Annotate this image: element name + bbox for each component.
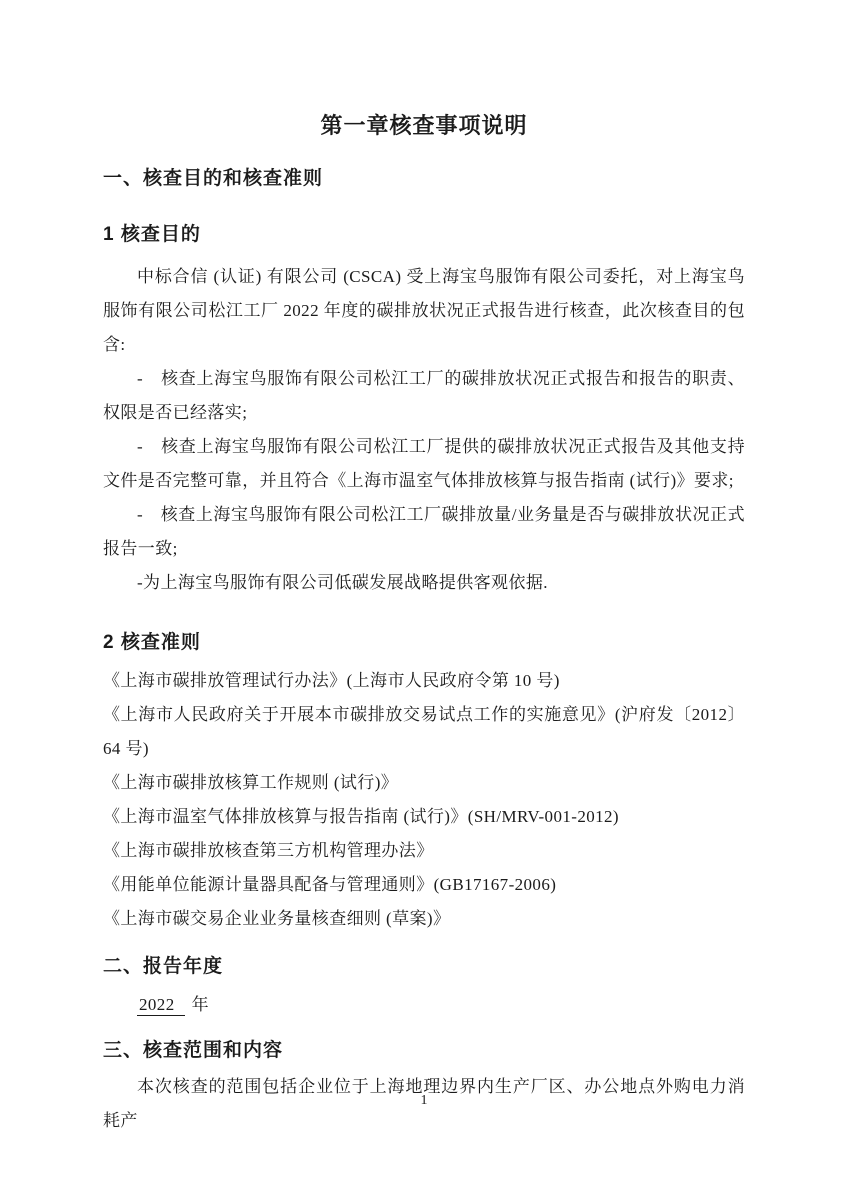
purpose-intro-paragraph: 中标合信 (认证) 有限公司 (CSCA) 受上海宝鸟服饰有限公司委托，对上海宝… xyxy=(103,260,745,362)
criteria-list: 《上海市碳排放管理试行办法》(上海市人民政府令第 10 号) 《上海市人民政府关… xyxy=(103,664,745,936)
purpose-bullet-2: - 核查上海宝鸟服饰有限公司松江工厂提供的碳排放状况正式报告及其他支持文件是否完… xyxy=(103,430,745,498)
section-2-heading: 二、报告年度 xyxy=(103,954,745,980)
purpose-body: 中标合信 (认证) 有限公司 (CSCA) 受上海宝鸟服饰有限公司委托，对上海宝… xyxy=(103,260,745,600)
criteria-item-5: 《上海市碳排放核查第三方机构管理办法》 xyxy=(103,834,745,868)
report-year-suffix: 年 xyxy=(192,995,209,1014)
report-year-value: 2022 xyxy=(137,995,185,1016)
chapter-title: 第一章核查事项说明 xyxy=(103,112,745,140)
purpose-bullet-1: - 核查上海宝鸟服饰有限公司松江工厂的碳排放状况正式报告和报告的职责、权限是否已… xyxy=(103,362,745,430)
page-number: 1 xyxy=(0,1092,848,1110)
criteria-item-4: 《上海市温室气体排放核算与报告指南 (试行)》(SH/MRV-001-2012) xyxy=(103,800,745,834)
criteria-item-1: 《上海市碳排放管理试行办法》(上海市人民政府令第 10 号) xyxy=(103,664,745,698)
criteria-item-7: 《上海市碳交易企业业务量核查细则 (草案)》 xyxy=(103,902,745,936)
criteria-item-3: 《上海市碳排放核算工作规则 (试行)》 xyxy=(103,766,745,800)
criteria-item-6: 《用能单位能源计量器具配备与管理通则》(GB17167-2006) xyxy=(103,868,745,902)
criteria-item-2: 《上海市人民政府关于开展本市碳排放交易试点工作的实施意见》(沪府发〔2012〕6… xyxy=(103,698,745,766)
purpose-bullet-3: - 核查上海宝鸟服饰有限公司松江工厂碳排放量/业务量是否与碳排放状况正式报告一致… xyxy=(103,498,745,566)
criteria-heading: 2 核查准则 xyxy=(103,630,745,656)
report-year-line: 2022年 xyxy=(103,988,745,1022)
section-3-heading: 三、核查范围和内容 xyxy=(103,1038,745,1064)
purpose-heading: 1 核查目的 xyxy=(103,222,745,248)
document-page: 第一章核查事项说明 一、核查目的和核查准则 1 核查目的 中标合信 (认证) 有… xyxy=(0,0,848,1200)
purpose-bullet-4: -为上海宝鸟服饰有限公司低碳发展战略提供客观依据. xyxy=(103,566,745,600)
document-content: 第一章核查事项说明 一、核查目的和核查准则 1 核查目的 中标合信 (认证) 有… xyxy=(0,0,848,1138)
section-1-heading: 一、核查目的和核查准则 xyxy=(103,166,745,192)
